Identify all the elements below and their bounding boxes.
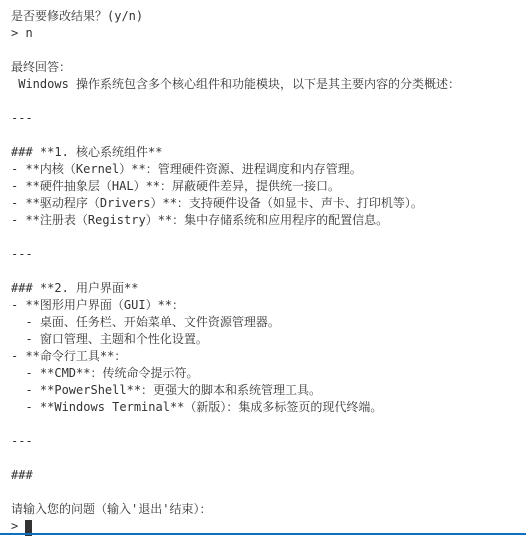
list-subitem-powershell: - **PowerShell**：更强大的脚本和系统管理工具。 — [11, 382, 526, 399]
separator: --- — [11, 246, 526, 263]
input-question-prompt: 请输入您的问题（输入'退出'结束）： — [11, 501, 526, 518]
blank-line — [11, 229, 526, 246]
list-item-registry: - **注册表（Registry）**：集中存储系统和应用程序的配置信息。 — [11, 212, 526, 229]
blank-line — [11, 263, 526, 280]
list-item-drivers: - **驱动程序（Drivers）**：支持硬件设备（如显卡、声卡、打印机等）。 — [11, 195, 526, 212]
list-subitem-cmd: - **CMD**：传统命令提示符。 — [11, 365, 526, 382]
separator: --- — [11, 433, 526, 450]
list-item-cli-tools: - **命令行工具**： — [11, 348, 526, 365]
section-heading-ui: ### **2. 用户界面** — [11, 280, 526, 297]
terminal-output: 是否要修改结果？(y/n) > n 最终回答： Windows 操作系统包含多个… — [0, 0, 526, 534]
list-subitem-windows-terminal: - **Windows Terminal**（新版）：集成多标签页的现代终端。 — [11, 399, 526, 416]
blank-line — [11, 416, 526, 433]
list-subitem-desktop: - 桌面、任务栏、开始菜单、文件资源管理器。 — [11, 314, 526, 331]
list-item-kernel: - **内核（Kernel）**：管理硬件资源、进程调度和内存管理。 — [11, 161, 526, 178]
list-subitem-window-management: - 窗口管理、主题和个性化设置。 — [11, 331, 526, 348]
focus-border — [0, 533, 526, 535]
final-answer-label: 最终回答： — [11, 59, 526, 76]
section-heading-core: ### **1. 核心系统组件** — [11, 144, 526, 161]
blank-line — [11, 484, 526, 501]
modify-question-line: 是否要修改结果？(y/n) — [11, 8, 526, 25]
list-item-gui: - **图形用户界面（GUI）**： — [11, 297, 526, 314]
separator: --- — [11, 110, 526, 127]
blank-line — [11, 127, 526, 144]
blank-line — [11, 93, 526, 110]
user-answer-line: > n — [11, 25, 526, 42]
list-item-hal: - **硬件抽象层（HAL）**：屏蔽硬件差异，提供统一接口。 — [11, 178, 526, 195]
answer-intro: Windows 操作系统包含多个核心组件和功能模块，以下是其主要内容的分类概述： — [11, 76, 526, 93]
blank-line — [11, 450, 526, 467]
blank-line — [11, 42, 526, 59]
section-heading-empty: ### — [11, 467, 526, 484]
